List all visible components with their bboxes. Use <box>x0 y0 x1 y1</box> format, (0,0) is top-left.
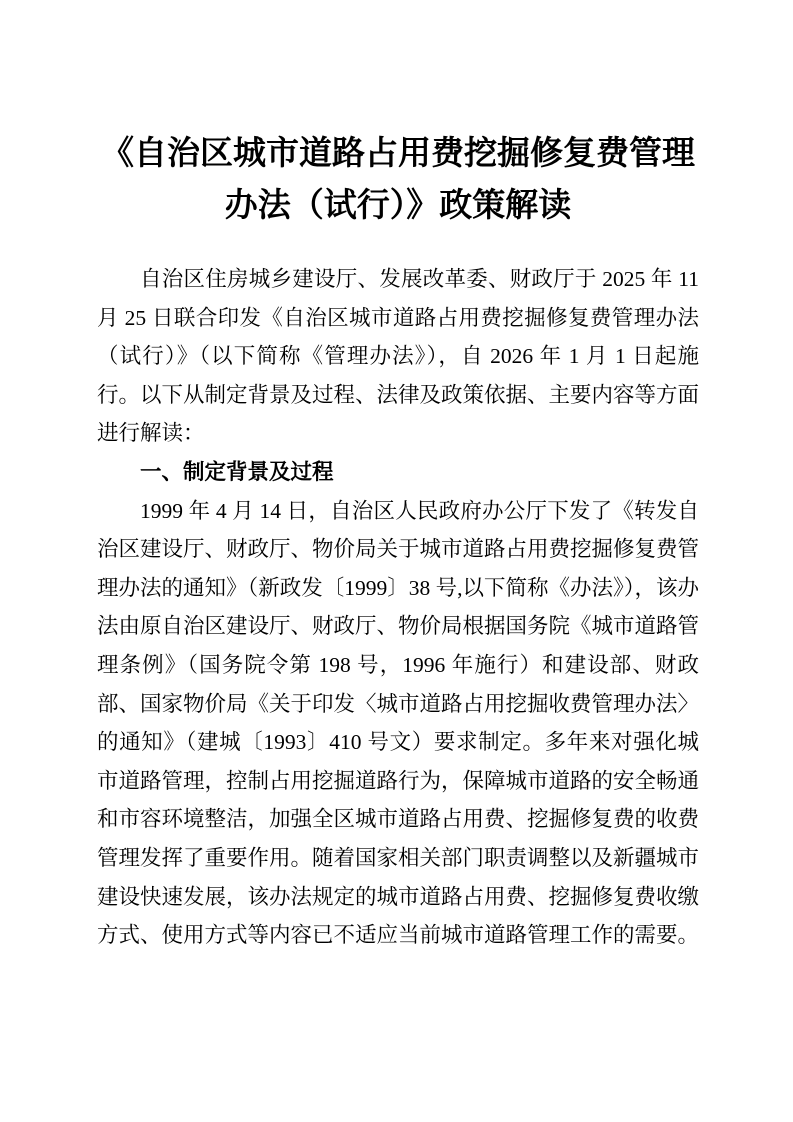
intro-paragraph: 自治区住房城乡建设厅、发展改革委、财政厅于 2025 年 11 月 25 日联合… <box>97 260 699 453</box>
document-page: 《自治区城市道路占用费挖掘修复费管理办法（试行）》政策解读 自治区住房城乡建设厅… <box>0 0 793 1122</box>
section-1-paragraph: 1999 年 4 月 14 日，自治区人民政府办公厅下发了《转发自治区建设厅、财… <box>97 492 699 955</box>
section-1-heading: 一、制定背景及过程 <box>97 453 699 492</box>
document-title: 《自治区城市道路占用费挖掘修复费管理办法（试行）》政策解读 <box>97 128 699 232</box>
